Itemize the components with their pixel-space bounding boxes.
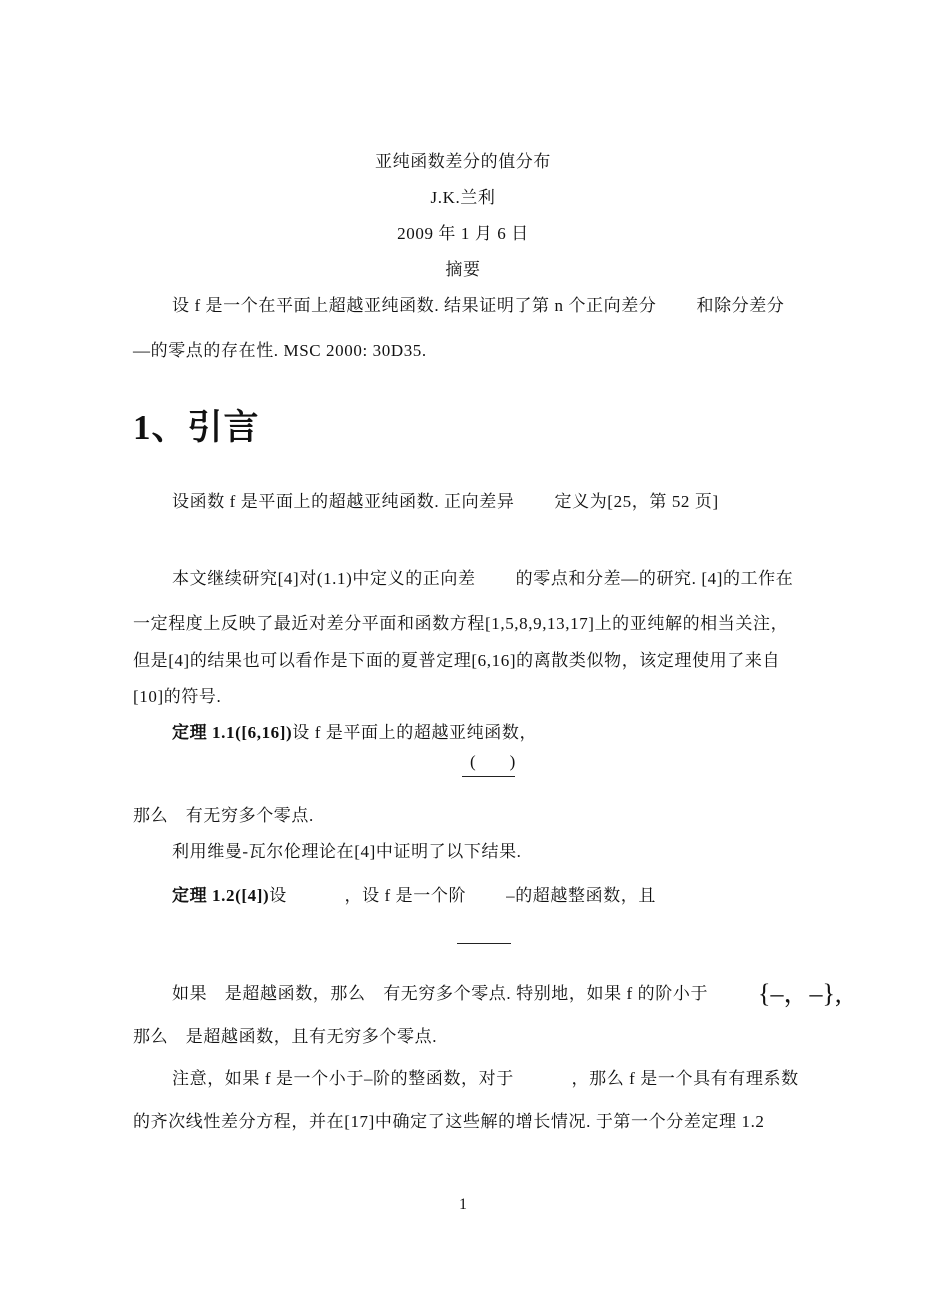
theorem-1-1-conclusion: 那么 有无穷多个零点. — [133, 805, 314, 827]
paper-title: 亚纯函数差分的值分布 — [0, 151, 926, 173]
abstract-line-2: —的零点的存在性. MSC 2000: 30D35. — [133, 340, 427, 362]
theorem-1-1-statement: 定理 1.1([6,16])设 f 是平面上的超越亚纯函数， — [172, 722, 537, 744]
abstract-heading: 摘要 — [0, 259, 926, 281]
intro-paragraph-4-line-1: 如果 是超越函数，那么 有无穷多个零点. 特别地，如果 f 的阶小于 — [172, 983, 708, 1005]
theorem-1-1-text: 设 f 是平面上的超越亚纯函数， — [292, 723, 537, 742]
intro-paragraph-2-line-4: [10]的符号. — [133, 686, 221, 708]
page-number: 1 — [0, 1195, 926, 1215]
intro-paragraph-1: 设函数 f 是平面上的超越亚纯函数. 正向差异 定义为[25，第 52 页] — [172, 491, 719, 513]
theorem-1-2-statement: 定理 1.2([4])设 ，设 f 是一个阶 –的超越整函数，且 — [172, 885, 656, 907]
section-heading-introduction: 1、引言 — [133, 404, 260, 452]
intro-paragraph-2-line-2: 一定程度上反映了最近对差分平面和函数方程[1,5,8,9,13,17]上的亚纯解… — [133, 613, 788, 635]
order-bound-set: {–，–}, — [758, 979, 841, 1009]
formula-fraction-bar — [462, 776, 515, 777]
intro-paragraph-5-line-2: 的齐次线性差分方程，并在[17]中确定了这些解的增长情况. 于第一个分差定理 1… — [133, 1111, 765, 1133]
theorem-1-1-label: 定理 1.1([6,16]) — [172, 723, 292, 742]
paper-author: J.K.兰利 — [0, 187, 926, 209]
intro-paragraph-5-line-1: 注意，如果 f 是一个小于–阶的整函数，对于 ，那么 f 是一个具有有理系数 — [172, 1068, 799, 1090]
intro-paragraph-4-line-2: 那么 是超越函数，且有无穷多个零点. — [133, 1026, 437, 1048]
abstract-line-1: 设 f 是一个在平面上超越亚纯函数. 结果证明了第 n 个正向差分 和除分差分 — [172, 295, 785, 317]
formula-fraction-bar-2 — [457, 943, 511, 944]
intro-paragraph-2-line-3: 但是[4]的结果也可以看作是下面的夏普定理[6,16]的离散类似物，该定理使用了… — [133, 650, 780, 672]
intro-paragraph-2-line-1: 本文继续研究[4]对(1.1)中定义的正向差 的零点和分差—的研究. [4]的工… — [172, 568, 793, 590]
theorem-1-1-formula: ( ) — [470, 751, 515, 773]
intro-paragraph-3: 利用维曼-瓦尔伦理论在[4]中证明了以下结果. — [172, 841, 522, 863]
paper-date: 2009 年 1 月 6 日 — [0, 223, 926, 245]
theorem-1-2-text: 设 ，设 f 是一个阶 –的超越整函数，且 — [269, 886, 656, 905]
theorem-1-2-label: 定理 1.2([4]) — [172, 886, 269, 905]
